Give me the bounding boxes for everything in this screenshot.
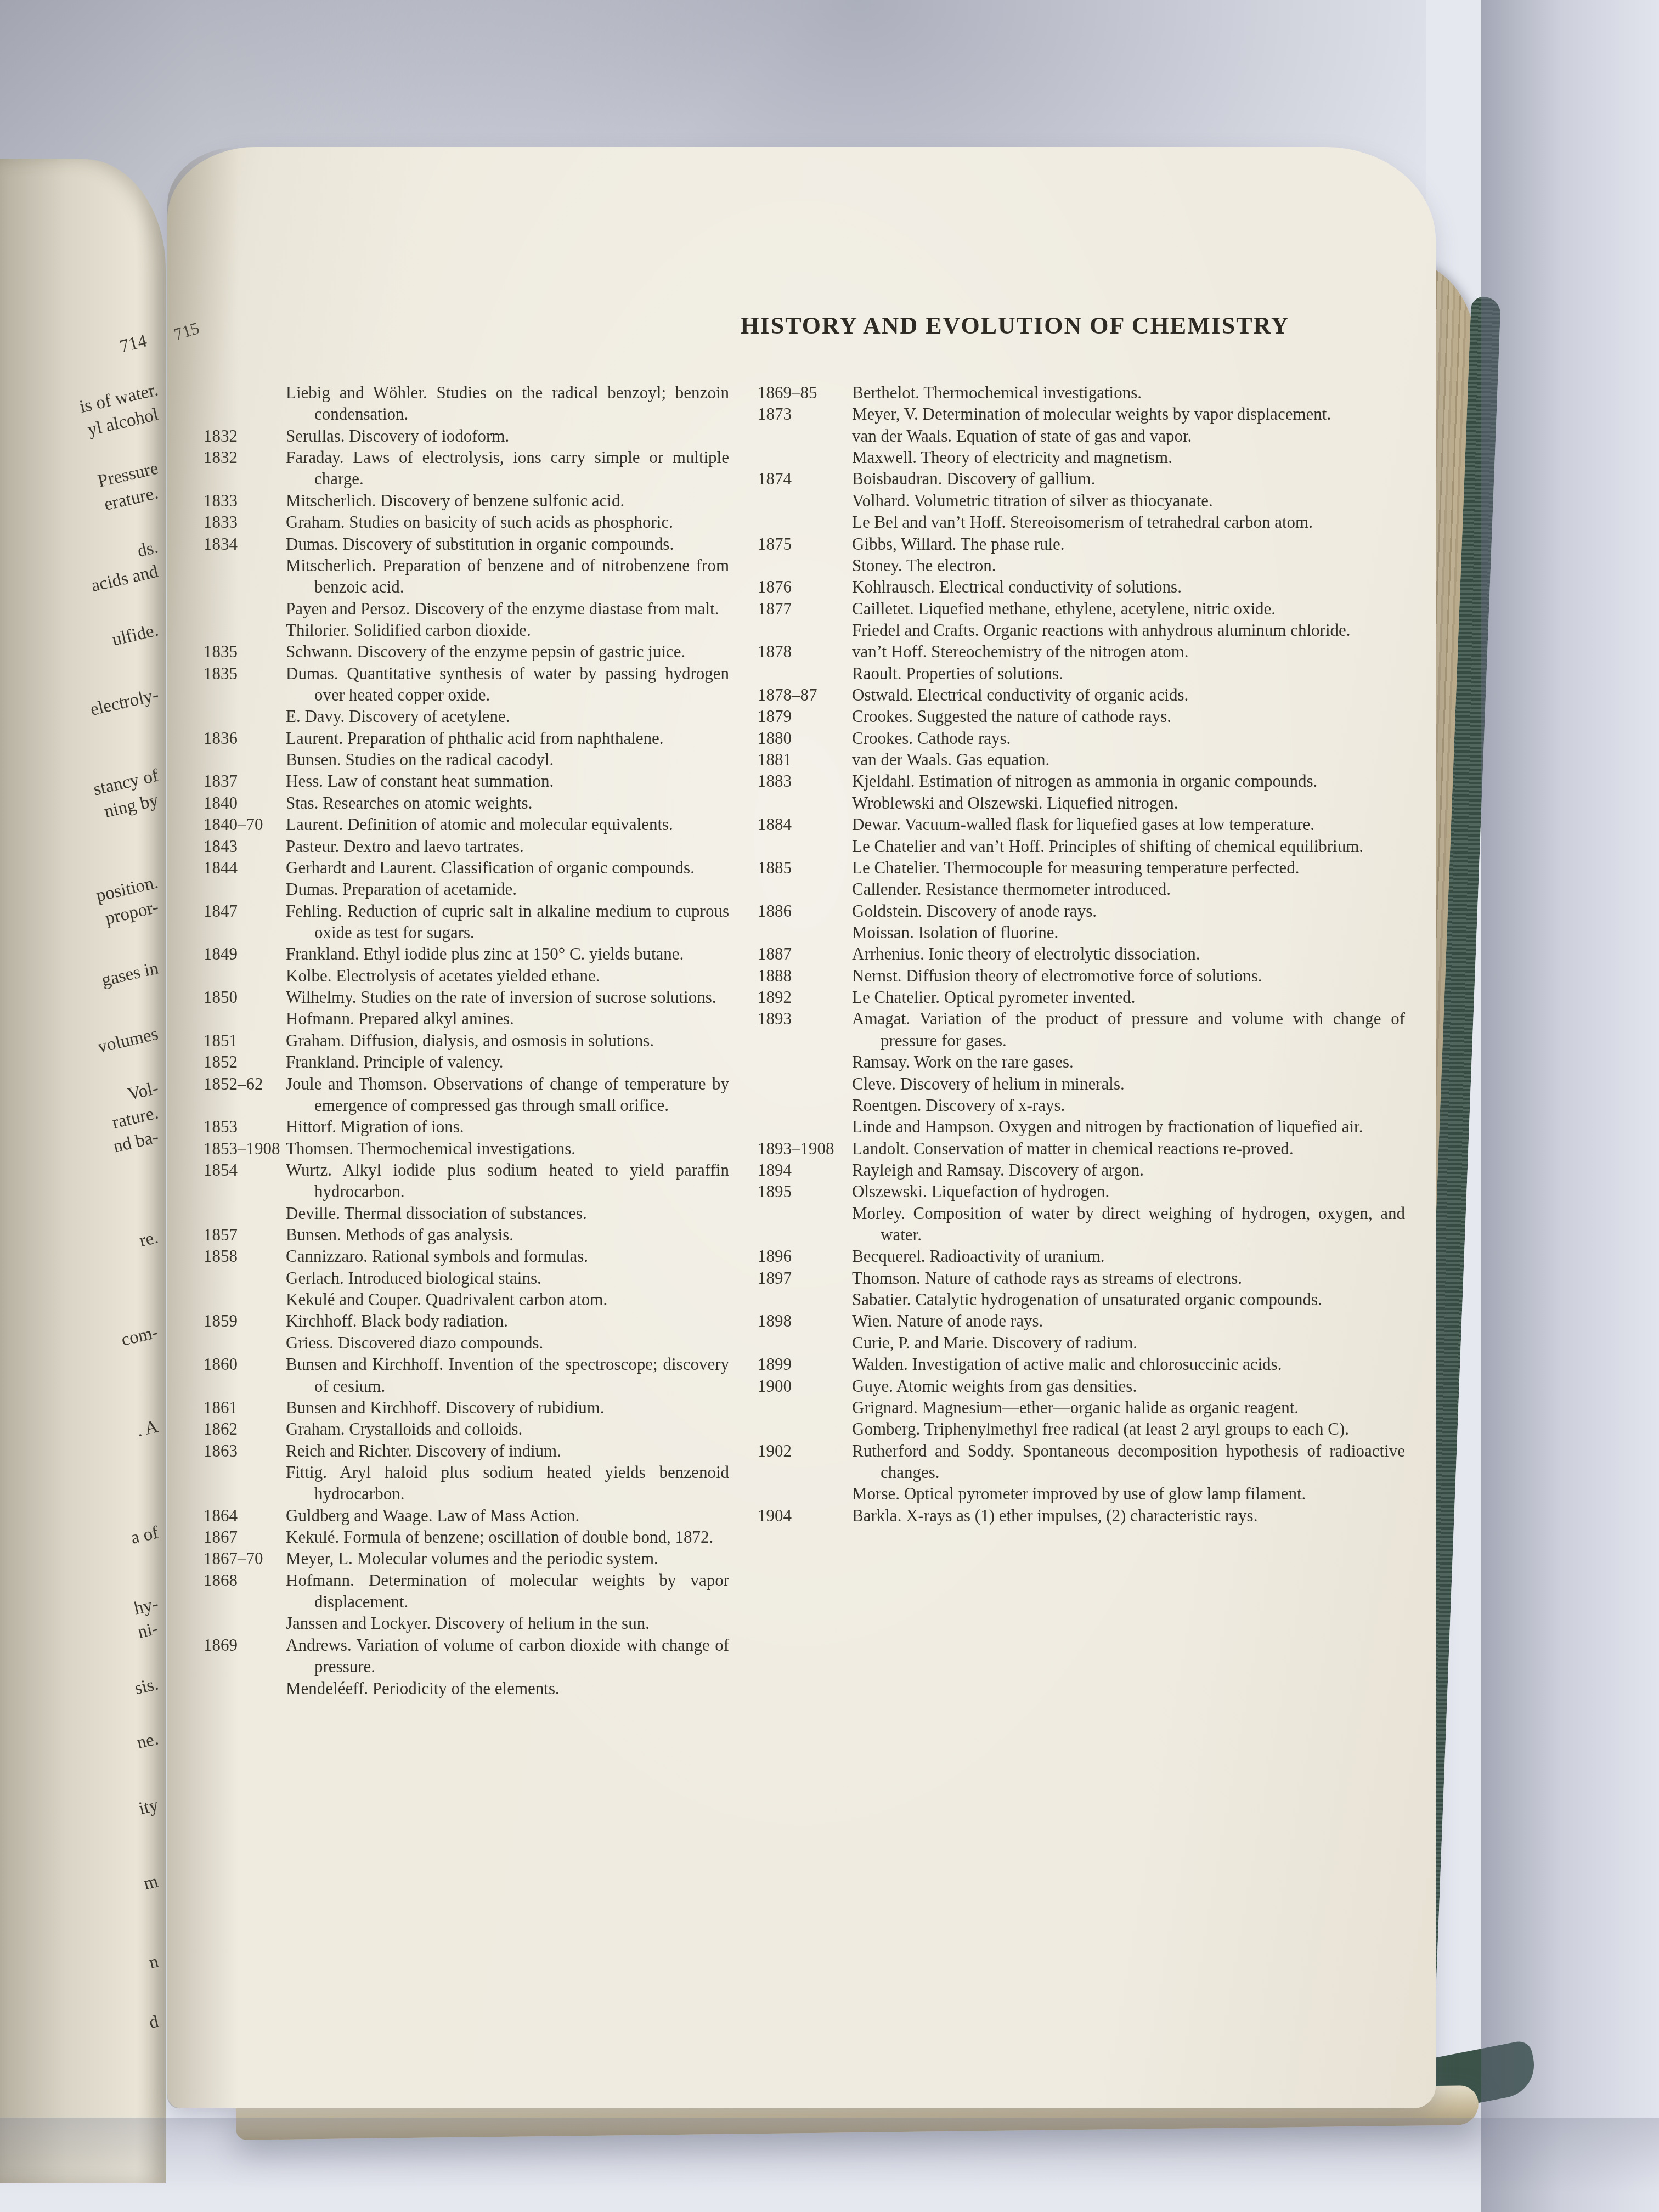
entry-year: 1893	[758, 1008, 852, 1029]
entry-year: 1867–70	[204, 1548, 286, 1569]
timeline-entry: 1898Wien. Nature of anode rays.	[758, 1310, 1405, 1331]
timeline-entry: 1881van der Waals. Gas equation.	[758, 749, 1405, 770]
timeline-entry: 1875Gibbs, Willard. The phase rule.	[758, 533, 1405, 555]
entry-text: Stoney. The electron.	[852, 555, 1405, 576]
entry-text: Mitscherlich. Preparation of benzene and…	[286, 555, 729, 598]
entry-text: Dumas. Quantitative synthesis of water b…	[286, 663, 729, 706]
entry-year: 1840–70	[204, 814, 286, 835]
entry-year: 1899	[758, 1353, 852, 1375]
entry-text: Laurent. Definition of atomic and molecu…	[286, 814, 729, 835]
entry-text: Wroblewski and Olszewski. Liquefied nitr…	[852, 792, 1405, 814]
entry-year: 1832	[204, 447, 286, 468]
timeline-entry: 1869Andrews. Variation of volume of carb…	[204, 1634, 729, 1678]
timeline-entry: Deville. Thermal dissociation of substan…	[204, 1203, 729, 1224]
entry-year: 1835	[204, 641, 286, 662]
timeline-entry: 1886Goldstein. Discovery of anode rays.	[758, 900, 1405, 922]
left-page-text-fragment: ulfide.	[110, 620, 160, 650]
entry-year: 1888	[758, 965, 852, 986]
left-page-text-fragment: a of	[129, 1523, 160, 1548]
entry-year: 1902	[758, 1440, 852, 1462]
timeline-entry: Linde and Hampson. Oxygen and nitrogen b…	[758, 1116, 1405, 1137]
timeline-entry: 1883Kjeldahl. Estimation of nitrogen as …	[758, 770, 1405, 792]
left-page-text-fragment: hy-	[132, 1595, 160, 1619]
entry-text: Morse. Optical pyrometer improved by use…	[852, 1483, 1405, 1504]
timeline-entry: 1900Guye. Atomic weights from gas densit…	[758, 1375, 1405, 1397]
timeline-entry: 1899Walden. Investigation of active mali…	[758, 1353, 1405, 1375]
timeline-entry: Mitscherlich. Preparation of benzene and…	[204, 555, 729, 598]
entry-year: 1881	[758, 749, 852, 770]
entry-text: Olszewski. Liquefaction of hydrogen.	[852, 1181, 1405, 1202]
entry-text: Berthelot. Thermochemical investigations…	[852, 382, 1405, 403]
entry-text: Ostwald. Electrical conductivity of orga…	[852, 684, 1405, 706]
entry-text: Bunsen. Methods of gas analysis.	[286, 1224, 729, 1245]
timeline-entry: 1893Amagat. Variation of the product of …	[758, 1008, 1405, 1051]
timeline-entry: 1858Cannizzaro. Rational symbols and for…	[204, 1245, 729, 1267]
entry-year: 1904	[758, 1505, 852, 1526]
entry-text: Goldstein. Discovery of anode rays.	[852, 900, 1405, 922]
entry-text: Meyer, V. Determination of molecular wei…	[852, 403, 1405, 425]
timeline-entry: 1902Rutherford and Soddy. Spontaneous de…	[758, 1440, 1405, 1483]
entry-text: Frankland. Ethyl iodide plus zinc at 150…	[286, 943, 729, 964]
entry-year: 1853–1908	[204, 1138, 286, 1159]
timeline-entry: Thilorier. Solidified carbon dioxide.	[204, 619, 729, 641]
entry-year: 1832	[204, 425, 286, 447]
timeline-entry: Callender. Resistance thermometer introd…	[758, 878, 1405, 900]
entry-year: 1857	[204, 1224, 286, 1245]
entry-year: 1863	[204, 1440, 286, 1462]
entry-text: Roentgen. Discovery of x-rays.	[852, 1094, 1405, 1116]
left-page-text-fragment: ity	[137, 1796, 160, 1819]
timeline-entry: 1888Nernst. Diffusion theory of electrom…	[758, 965, 1405, 986]
entry-year: 1883	[758, 770, 852, 792]
entry-text: Ramsay. Work on the rare gases.	[852, 1051, 1405, 1073]
timeline-entry: Griess. Discovered diazo compounds.	[204, 1332, 729, 1353]
entry-text: Kolbe. Electrolysis of acetates yielded …	[286, 965, 729, 986]
entry-text: Le Chatelier. Thermocouple for measuring…	[852, 857, 1405, 878]
entry-year: 1887	[758, 943, 852, 964]
entry-year: 1892	[758, 986, 852, 1008]
entry-text: Bunsen and Kirchhoff. Discovery of rubid…	[286, 1397, 729, 1418]
entry-text: Gerhardt and Laurent. Classification of …	[286, 857, 729, 878]
timeline-entry: E. Davy. Discovery of acetylene.	[204, 706, 729, 727]
entry-text: Gibbs, Willard. The phase rule.	[852, 533, 1405, 555]
timeline-entry: Moissan. Isolation of fluorine.	[758, 922, 1405, 943]
timeline-entry: 1840–70Laurent. Definition of atomic and…	[204, 814, 729, 835]
entry-text: Callender. Resistance thermometer introd…	[852, 878, 1405, 900]
entry-year: 1849	[204, 943, 286, 964]
entry-text: Bunsen and Kirchhoff. Invention of the s…	[286, 1353, 729, 1397]
timeline-entry: Raoult. Properties of solutions.	[758, 663, 1405, 684]
entry-text: Laurent. Preparation of phthalic acid fr…	[286, 727, 729, 749]
timeline-entry: Friedel and Crafts. Organic reactions wi…	[758, 619, 1405, 641]
timeline-entry: 1873Meyer, V. Determination of molecular…	[758, 403, 1405, 425]
entry-text: Crookes. Cathode rays.	[852, 727, 1405, 749]
timeline-entry: 1833Mitscherlich. Discovery of benzene s…	[204, 490, 729, 511]
timeline-entry: Kekulé and Couper. Quadrivalent carbon a…	[204, 1289, 729, 1310]
entry-text: Thomson. Nature of cathode rays as strea…	[852, 1267, 1405, 1289]
entry-text: Le Chatelier. Optical pyrometer invented…	[852, 986, 1405, 1008]
entry-text: Griess. Discovered diazo compounds.	[286, 1332, 729, 1353]
timeline-entry: 1850Wilhelmy. Studies on the rate of inv…	[204, 986, 729, 1008]
timeline-entry: 1864Guldberg and Waage. Law of Mass Acti…	[204, 1505, 729, 1526]
timeline-entry: Kolbe. Electrolysis of acetates yielded …	[204, 965, 729, 986]
entry-text: Landolt. Conservation of matter in chemi…	[852, 1138, 1405, 1159]
right-page: 715 HISTORY AND EVOLUTION OF CHEMISTRY L…	[167, 147, 1436, 2108]
left-page-text-fragment: Vol-	[126, 1079, 160, 1104]
timeline-entry: Maxwell. Theory of electricity and magne…	[758, 447, 1405, 468]
entry-year: 1869–85	[758, 382, 852, 403]
entry-year: 1898	[758, 1310, 852, 1331]
entry-year: 1885	[758, 857, 852, 878]
left-page-text-fragment: d	[147, 2012, 160, 2032]
left-page-fragments: is of water.yl alcoholPressureerature.ds…	[0, 358, 166, 2031]
entry-year: 1886	[758, 900, 852, 922]
timeline-entry: 1878van’t Hoff. Stereochemistry of the n…	[758, 641, 1405, 662]
timeline-entry: 1832Serullas. Discovery of iodoform.	[204, 425, 729, 447]
entry-text: Wien. Nature of anode rays.	[852, 1310, 1405, 1331]
timeline-entry: 1885Le Chatelier. Thermocouple for measu…	[758, 857, 1405, 878]
timeline-entry: 1852–62Joule and Thomson. Observations o…	[204, 1073, 729, 1116]
timeline-entry: Sabatier. Catalytic hydrogenation of uns…	[758, 1289, 1405, 1310]
entry-year: 1869	[204, 1634, 286, 1656]
timeline-entry: Mendeléeff. Periodicity of the elements.	[204, 1678, 729, 1699]
entry-text: Graham. Studies on basicity of such acid…	[286, 511, 729, 533]
entry-text: Wurtz. Alkyl iodide plus sodium heated t…	[286, 1159, 729, 1203]
timeline-entry: 1861Bunsen and Kirchhoff. Discovery of r…	[204, 1397, 729, 1418]
left-page-text-fragment: ni-	[136, 1620, 160, 1643]
timeline-entry: 1878–87Ostwald. Electrical conductivity …	[758, 684, 1405, 706]
entry-text: Reich and Richter. Discovery of indium.	[286, 1440, 729, 1462]
left-page-text-fragment: re.	[138, 1228, 160, 1250]
left-page-text-fragment: ne.	[135, 1730, 160, 1753]
timeline-entry: Liebig and Wöhler. Studies on the radica…	[204, 382, 729, 425]
entry-text: Sabatier. Catalytic hydrogenation of uns…	[852, 1289, 1405, 1310]
entry-year: 1853	[204, 1116, 286, 1137]
timeline-entry: 1853Hittorf. Migration of ions.	[204, 1116, 729, 1137]
entry-text: Curie, P. and Marie. Discovery of radium…	[852, 1332, 1405, 1353]
timeline-entry: 1840Stas. Researches on atomic weights.	[204, 792, 729, 814]
entry-year: 1864	[204, 1505, 286, 1526]
entry-text: Walden. Investigation of active malic an…	[852, 1353, 1405, 1375]
timeline-entry: Morse. Optical pyrometer improved by use…	[758, 1483, 1405, 1504]
entry-year: 1854	[204, 1159, 286, 1181]
timeline-entry: 1844Gerhardt and Laurent. Classification…	[204, 857, 729, 878]
entry-year: 1884	[758, 814, 852, 835]
timeline-entry: Cleve. Discovery of helium in minerals.	[758, 1073, 1405, 1094]
entry-year: 1859	[204, 1310, 286, 1331]
entry-year: 1851	[204, 1030, 286, 1051]
entry-text: Cleve. Discovery of helium in minerals.	[852, 1073, 1405, 1094]
timeline-entry: 1835Dumas. Quantitative synthesis of wat…	[204, 663, 729, 706]
entry-year: 1868	[204, 1570, 286, 1591]
entry-text: van’t Hoff. Stereochemistry of the nitro…	[852, 641, 1405, 662]
entry-text: Barkla. X-rays as (1) ether impulses, (2…	[852, 1505, 1405, 1526]
entry-text: Hofmann. Determination of molecular weig…	[286, 1570, 729, 1613]
timeline-entry: Dumas. Preparation of acetamide.	[204, 878, 729, 900]
left-page-text-fragment: acids and	[90, 562, 160, 596]
timeline-entry: 1892Le Chatelier. Optical pyrometer inve…	[758, 986, 1405, 1008]
timeline-entry: 1852Frankland. Principle of valency.	[204, 1051, 729, 1073]
left-page-text-fragment: volumes	[96, 1025, 160, 1057]
entry-text: Andrews. Variation of volume of carbon d…	[286, 1634, 729, 1678]
entry-text: Nernst. Diffusion theory of electromotiv…	[852, 965, 1405, 986]
entry-text: Le Chatelier and van’t Hoff. Principles …	[852, 836, 1405, 857]
entry-text: Fehling. Reduction of cupric salt in alk…	[286, 900, 729, 944]
left-page-number: 714	[0, 162, 190, 395]
entry-year: 1878	[758, 641, 852, 662]
entry-text: Thilorier. Solidified carbon dioxide.	[286, 619, 729, 641]
entry-text: Frankland. Principle of valency.	[286, 1051, 729, 1073]
entry-year: 1874	[758, 468, 852, 489]
entry-text: Kjeldahl. Estimation of nitrogen as ammo…	[852, 770, 1405, 792]
timeline-entry: Fittig. Aryl haloid plus sodium heated y…	[204, 1462, 729, 1505]
entry-year: 1835	[204, 663, 286, 684]
timeline-entry: 1837Hess. Law of constant heat summation…	[204, 770, 729, 792]
entry-year: 1852–62	[204, 1073, 286, 1094]
entry-text: Amagat. Variation of the product of pres…	[852, 1008, 1405, 1051]
entry-year: 1843	[204, 836, 286, 857]
entry-text: Joule and Thomson. Observations of chang…	[286, 1073, 729, 1116]
entry-text: Becquerel. Radioactivity of uranium.	[852, 1245, 1405, 1267]
entry-text: Friedel and Crafts. Organic reactions wi…	[852, 619, 1405, 641]
timeline-entry: Morley. Composition of water by direct w…	[758, 1203, 1405, 1246]
timeline-entry: Wroblewski and Olszewski. Liquefied nitr…	[758, 792, 1405, 814]
left-page-text-fragment: gases in	[99, 958, 160, 990]
entry-text: Kohlrausch. Electrical conductivity of s…	[852, 576, 1405, 597]
entry-text: Bunsen. Studies on the radical cacodyl.	[286, 749, 729, 770]
entry-text: Kirchhoff. Black body radiation.	[286, 1310, 729, 1331]
left-page-text-fragment: sis.	[133, 1674, 160, 1698]
entry-text: Thomsen. Thermochemical investigations.	[286, 1138, 729, 1159]
entry-year: 1862	[204, 1418, 286, 1440]
entry-text: Janssen and Lockyer. Discovery of helium…	[286, 1612, 729, 1634]
timeline-entry: 1868Hofmann. Determination of molecular …	[204, 1570, 729, 1613]
entry-text: Guldberg and Waage. Law of Mass Action.	[286, 1505, 729, 1526]
timeline-entry: 1854Wurtz. Alkyl iodide plus sodium heat…	[204, 1159, 729, 1203]
timeline-entry: 1895Olszewski. Liquefaction of hydrogen.	[758, 1181, 1405, 1202]
timeline-entry: Gerlach. Introduced biological stains.	[204, 1267, 729, 1289]
timeline-entry: 1880Crookes. Cathode rays.	[758, 727, 1405, 749]
timeline-entry: 1887Arrhenius. Ionic theory of electroly…	[758, 943, 1405, 964]
timeline-entry: 1884Dewar. Vacuum-walled flask for lique…	[758, 814, 1405, 835]
timeline-entry: 1877Cailletet. Liquefied methane, ethyle…	[758, 598, 1405, 619]
entry-year: 1836	[204, 727, 286, 749]
left-page-text-fragment: nd ba-	[111, 1128, 160, 1157]
timeline-entry: 1843Pasteur. Dextro and laevo tartrates.	[204, 836, 729, 857]
timeline-entry: 1863Reich and Richter. Discovery of indi…	[204, 1440, 729, 1462]
entry-year: 1847	[204, 900, 286, 922]
timeline-entry: 1896Becquerel. Radioactivity of uranium.	[758, 1245, 1405, 1267]
entry-text: Mitscherlich. Discovery of benzene sulfo…	[286, 490, 729, 511]
entry-text: Grignard. Magnesium—ether—organic halide…	[852, 1397, 1405, 1418]
entry-text: Hess. Law of constant heat summation.	[286, 770, 729, 792]
timeline-entry: 1867Kekulé. Formula of benzene; oscillat…	[204, 1526, 729, 1548]
entry-text: Boisbaudran. Discovery of gallium.	[852, 468, 1405, 489]
timeline-entry: Janssen and Lockyer. Discovery of helium…	[204, 1612, 729, 1634]
entry-year: 1834	[204, 533, 286, 555]
entry-text: Guye. Atomic weights from gas densities.	[852, 1375, 1405, 1397]
left-page-text-fragment: . A	[136, 1418, 160, 1441]
entry-text: Cannizzaro. Rational symbols and formula…	[286, 1245, 729, 1267]
timeline-entry: 1834Dumas. Discovery of substitution in …	[204, 533, 729, 555]
entry-text: E. Davy. Discovery of acetylene.	[286, 706, 729, 727]
entry-year: 1897	[758, 1267, 852, 1289]
entry-text: Moissan. Isolation of fluorine.	[852, 922, 1405, 943]
entry-year: 1837	[204, 770, 286, 792]
timeline-entry: 1867–70Meyer, L. Molecular volumes and t…	[204, 1548, 729, 1569]
entry-year: 1900	[758, 1375, 852, 1397]
entry-text: Mendeléeff. Periodicity of the elements.	[286, 1678, 729, 1699]
timeline-entry: Le Chatelier and van’t Hoff. Principles …	[758, 836, 1405, 857]
entry-text: Volhard. Volumetric titration of silver …	[852, 490, 1405, 511]
entry-year: 1840	[204, 792, 286, 814]
timeline-entry: 1869–85Berthelot. Thermochemical investi…	[758, 382, 1405, 403]
timeline-entry: 1893–1908Landolt. Conservation of matter…	[758, 1138, 1405, 1159]
entry-text: Rutherford and Soddy. Spontaneous decomp…	[852, 1440, 1405, 1483]
entry-text: Wilhelmy. Studies on the rate of inversi…	[286, 986, 729, 1008]
timeline-entry: 1876Kohlrausch. Electrical conductivity …	[758, 576, 1405, 597]
left-page-text-fragment: n	[147, 1953, 160, 1973]
entry-year: 1879	[758, 706, 852, 727]
entry-year: 1852	[204, 1051, 286, 1073]
entry-text: Payen and Persoz. Discovery of the enzym…	[286, 598, 729, 619]
entry-text: Fittig. Aryl haloid plus sodium heated y…	[286, 1462, 729, 1505]
timeline-entry: 1879Crookes. Suggested the nature of cat…	[758, 706, 1405, 727]
entry-text: Graham. Diffusion, dialysis, and osmosis…	[286, 1030, 729, 1051]
timeline-entry: 1835Schwann. Discovery of the enzyme pep…	[204, 641, 729, 662]
entry-text: Hofmann. Prepared alkyl amines.	[286, 1008, 729, 1029]
timeline-entry: Grignard. Magnesium—ether—organic halide…	[758, 1397, 1405, 1418]
entry-text: Kekulé and Couper. Quadrivalent carbon a…	[286, 1289, 729, 1310]
entry-year: 1880	[758, 727, 852, 749]
entry-year: 1873	[758, 403, 852, 425]
entry-year: 1861	[204, 1397, 286, 1418]
entry-text: Cailletet. Liquefied methane, ethylene, …	[852, 598, 1405, 619]
entry-year: 1844	[204, 857, 286, 878]
entry-year: 1858	[204, 1245, 286, 1267]
entry-text: Meyer, L. Molecular volumes and the peri…	[286, 1548, 729, 1569]
entry-text: Hittorf. Migration of ions.	[286, 1116, 729, 1137]
entry-text: van der Waals. Gas equation.	[852, 749, 1405, 770]
timeline-entry: Le Bel and van’t Hoff. Stereoisomerism o…	[758, 511, 1405, 533]
entry-text: Rayleigh and Ramsay. Discovery of argon.	[852, 1159, 1405, 1181]
entry-text: Gerlach. Introduced biological stains.	[286, 1267, 729, 1289]
timeline-entry: Hofmann. Prepared alkyl amines.	[204, 1008, 729, 1029]
timeline-entry: 1862Graham. Crystalloids and colloids.	[204, 1418, 729, 1440]
timeline-entry: van der Waals. Equation of state of gas …	[758, 425, 1405, 447]
entry-year: 1895	[758, 1181, 852, 1202]
entry-year: 1893–1908	[758, 1138, 852, 1159]
timeline-entry: 1897Thomson. Nature of cathode rays as s…	[758, 1267, 1405, 1289]
entry-text: Kekulé. Formula of benzene; oscillation …	[286, 1526, 729, 1548]
entry-text: Stas. Researches on atomic weights.	[286, 792, 729, 814]
timeline-entry: Curie, P. and Marie. Discovery of radium…	[758, 1332, 1405, 1353]
entry-year: 1876	[758, 576, 852, 597]
book-photo: 714 is of water.yl alcoholPressureeratur…	[0, 0, 1659, 2212]
timeline-entry: Stoney. The electron.	[758, 555, 1405, 576]
entry-text: Graham. Crystalloids and colloids.	[286, 1418, 729, 1440]
entry-text: Le Bel and van’t Hoff. Stereoisomerism o…	[852, 511, 1405, 533]
entry-year: 1867	[204, 1526, 286, 1548]
entry-text: Liebig and Wöhler. Studies on the radica…	[286, 382, 729, 425]
entry-text: Schwann. Discovery of the enzyme pepsin …	[286, 641, 729, 662]
timeline-entry: 1836Laurent. Preparation of phthalic aci…	[204, 727, 729, 749]
entry-text: van der Waals. Equation of state of gas …	[852, 425, 1405, 447]
timeline-entry: 1849Frankland. Ethyl iodide plus zinc at…	[204, 943, 729, 964]
left-page-text-fragment: m	[142, 1872, 160, 1894]
timeline-columns: Liebig and Wöhler. Studies on the radica…	[204, 382, 1405, 1699]
timeline-column-left: Liebig and Wöhler. Studies on the radica…	[204, 382, 729, 1699]
timeline-entry: Gomberg. Triphenylmethyl free radical (a…	[758, 1418, 1405, 1440]
timeline-entry: Payen and Persoz. Discovery of the enzym…	[204, 598, 729, 619]
entry-year: 1894	[758, 1159, 852, 1181]
timeline-entry: 1847Fehling. Reduction of cupric salt in…	[204, 900, 729, 944]
chapter-header: HISTORY AND EVOLUTION OF CHEMISTRY	[661, 312, 1369, 340]
entry-text: Pasteur. Dextro and laevo tartrates.	[286, 836, 729, 857]
entry-text: Dewar. Vacuum-walled flask for liquefied…	[852, 814, 1405, 835]
timeline-entry: Ramsay. Work on the rare gases.	[758, 1051, 1405, 1073]
left-page-text-fragment: electroly-	[88, 686, 160, 720]
entry-text: Serullas. Discovery of iodoform.	[286, 425, 729, 447]
timeline-column-right: 1869–85Berthelot. Thermochemical investi…	[758, 382, 1405, 1699]
entry-text: Linde and Hampson. Oxygen and nitrogen b…	[852, 1116, 1405, 1137]
entry-text: Morley. Composition of water by direct w…	[852, 1203, 1405, 1246]
entry-year: 1878–87	[758, 684, 852, 706]
entry-year: 1896	[758, 1245, 852, 1267]
entry-text: Deville. Thermal dissociation of substan…	[286, 1203, 729, 1224]
entry-text: Raoult. Properties of solutions.	[852, 663, 1405, 684]
entry-year: 1875	[758, 533, 852, 555]
entry-text: Dumas. Preparation of acetamide.	[286, 878, 729, 900]
timeline-entry: 1851Graham. Diffusion, dialysis, and osm…	[204, 1030, 729, 1051]
timeline-entry: 1904Barkla. X-rays as (1) ether impulses…	[758, 1505, 1405, 1526]
timeline-entry: 1860Bunsen and Kirchhoff. Invention of t…	[204, 1353, 729, 1397]
timeline-entry: Volhard. Volumetric titration of silver …	[758, 490, 1405, 511]
timeline-entry: 1859Kirchhoff. Black body radiation.	[204, 1310, 729, 1331]
shadow-right	[1481, 0, 1659, 2212]
entry-year: 1833	[204, 511, 286, 533]
timeline-entry: 1874Boisbaudran. Discovery of gallium.	[758, 468, 1405, 489]
timeline-entry: 1833Graham. Studies on basicity of such …	[204, 511, 729, 533]
entry-text: Gomberg. Triphenylmethyl free radical (a…	[852, 1418, 1405, 1440]
entry-year: 1877	[758, 598, 852, 619]
entry-text: Maxwell. Theory of electricity and magne…	[852, 447, 1405, 468]
timeline-entry: 1894Rayleigh and Ramsay. Discovery of ar…	[758, 1159, 1405, 1181]
timeline-entry: Roentgen. Discovery of x-rays.	[758, 1094, 1405, 1116]
entry-text: Crookes. Suggested the nature of cathode…	[852, 706, 1405, 727]
left-page-text-fragment: com-	[120, 1323, 160, 1350]
left-page: 714 is of water.yl alcoholPressureeratur…	[0, 159, 166, 2183]
left-page-text-fragment: ds.	[136, 538, 160, 561]
entry-year: 1860	[204, 1353, 286, 1375]
entry-text: Arrhenius. Ionic theory of electrolytic …	[852, 943, 1405, 964]
entry-year: 1850	[204, 986, 286, 1008]
entry-year: 1833	[204, 490, 286, 511]
timeline-entry: 1857Bunsen. Methods of gas analysis.	[204, 1224, 729, 1245]
timeline-entry: Bunsen. Studies on the radical cacodyl.	[204, 749, 729, 770]
timeline-entry: 1853–1908Thomsen. Thermochemical investi…	[204, 1138, 729, 1159]
entry-text: Dumas. Discovery of substitution in orga…	[286, 533, 729, 555]
timeline-entry: 1832Faraday. Laws of electrolysis, ions …	[204, 447, 729, 490]
entry-text: Faraday. Laws of electrolysis, ions carr…	[286, 447, 729, 490]
